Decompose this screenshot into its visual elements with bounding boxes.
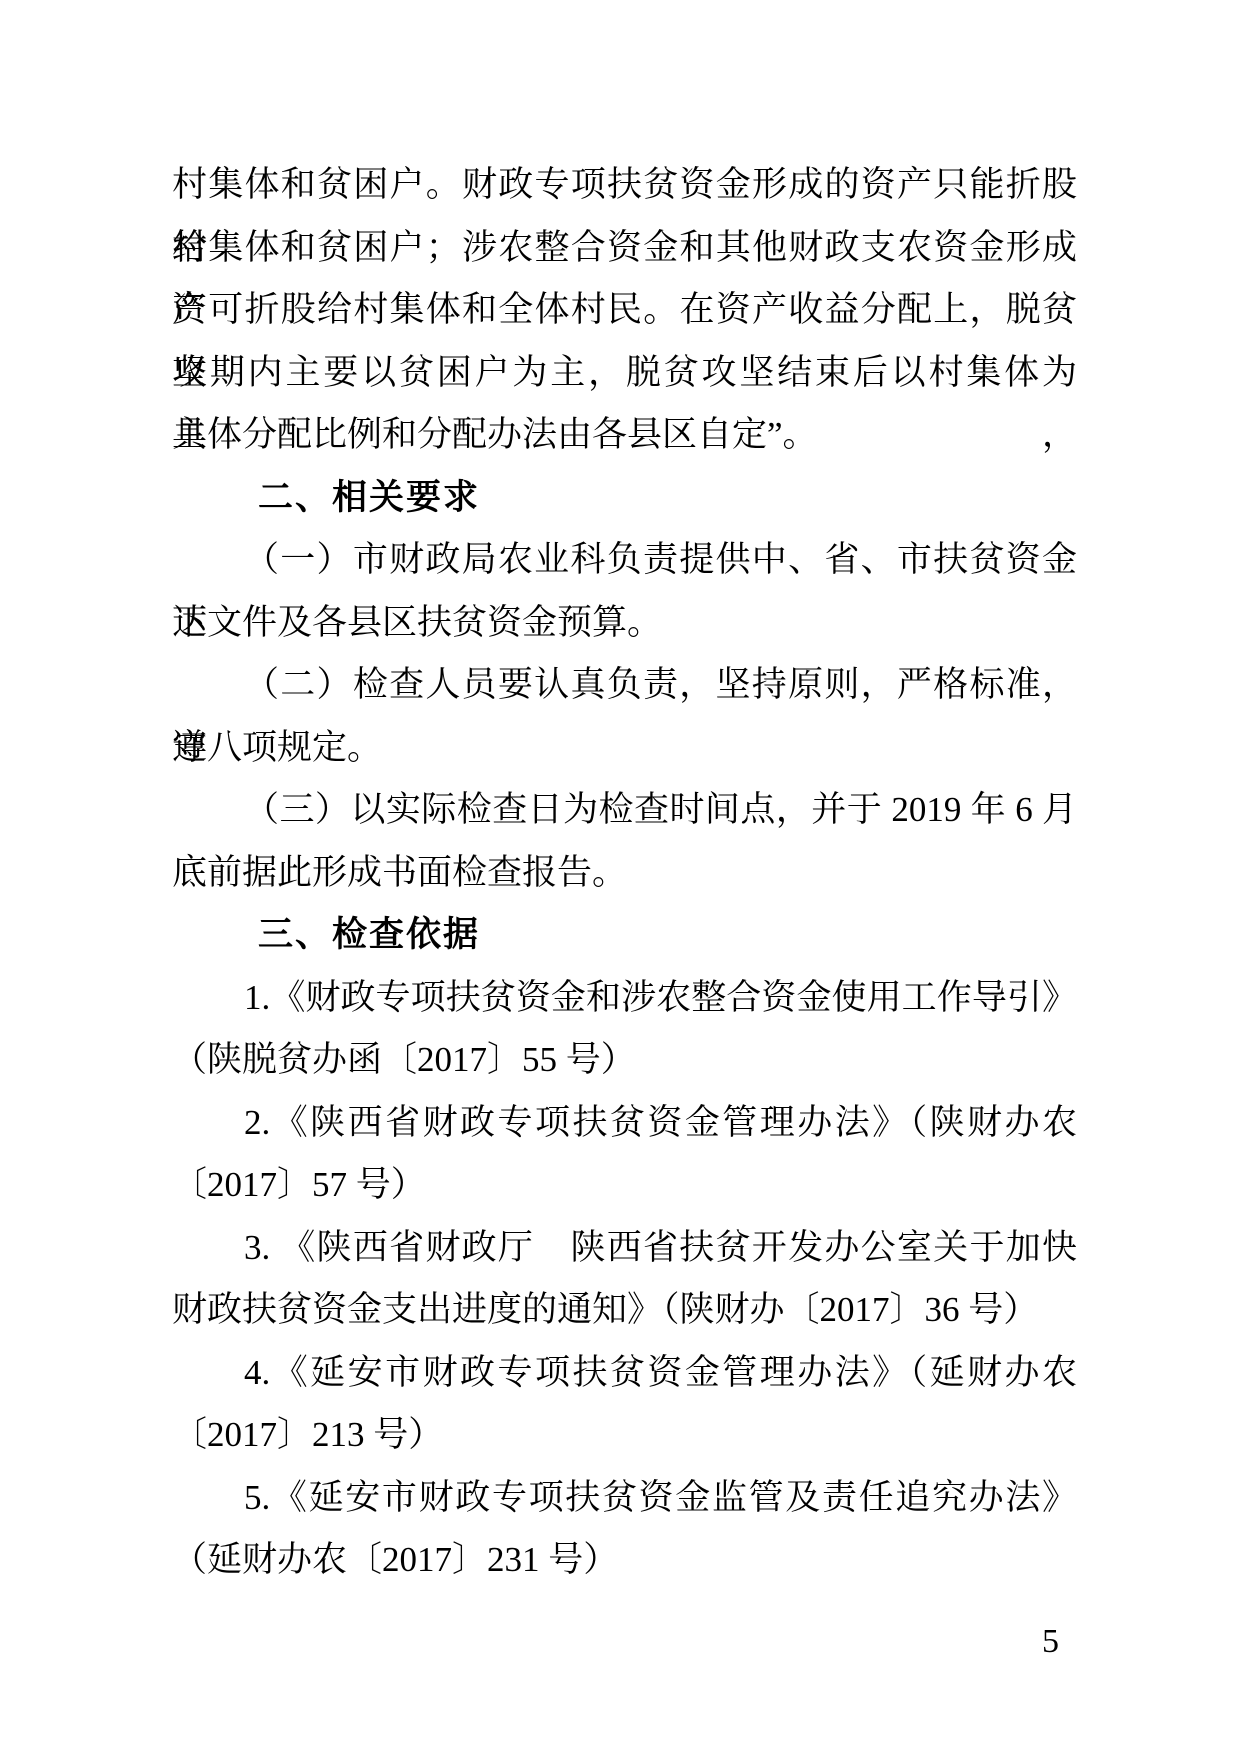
text-line: （三）以实际检查日为检查时间点，并于 2019 年 6 月 xyxy=(172,779,1077,842)
text-line: 1.《财政专项扶贫资金和涉农整合资金使用工作导引》 xyxy=(172,967,1077,1030)
text-line: 〔2017〕213 号） xyxy=(172,1404,1077,1467)
text-line: （延财办农〔2017〕231 号） xyxy=(172,1529,1077,1592)
text-line: 财政扶贫资金支出进度的通知》（陕财办〔2017〕36 号） xyxy=(172,1279,1077,1342)
document-page: 村集体和贫困户。财政专项扶贫资金形成的资产只能折股给村集体和贫困户；涉农整合资金… xyxy=(0,0,1241,1754)
text-line: 村集体和贫困户；涉农整合资金和其他财政支农资金形成资 xyxy=(172,217,1077,280)
text-line: 3. 《陕西省财政厅 陕西省扶贫开发办公室关于加快 xyxy=(172,1217,1077,1280)
text-line: 村集体和贫困户。财政专项扶贫资金形成的资产只能折股给 xyxy=(172,154,1077,217)
text-line: 坚期内主要以贫困户为主，脱贫攻坚结束后以村集体为主， xyxy=(172,342,1077,405)
section-heading: 三、检查依据 xyxy=(172,904,1077,967)
section-heading: 二、相关要求 xyxy=(172,467,1077,530)
text-line: 产可折股给村集体和全体村民。在资产收益分配上，脱贫攻 xyxy=(172,279,1077,342)
text-line: 守八项规定。 xyxy=(172,717,1077,780)
text-line: （一）市财政局农业科负责提供中、省、市扶贫资金下 xyxy=(172,529,1077,592)
page-number: 5 xyxy=(1042,1622,1059,1662)
text-line: 5.《延安市财政专项扶贫资金监管及责任追究办法》 xyxy=(172,1467,1077,1530)
text-line: 〔2017〕57 号） xyxy=(172,1154,1077,1217)
document-body: 村集体和贫困户。财政专项扶贫资金形成的资产只能折股给村集体和贫困户；涉农整合资金… xyxy=(172,154,1077,1592)
text-line: 2.《陕西省财政专项扶贫资金管理办法》（陕财办农 xyxy=(172,1092,1077,1155)
text-line: 4.《延安市财政专项扶贫资金管理办法》（延财办农 xyxy=(172,1342,1077,1405)
text-line: （陕脱贫办函〔2017〕55 号） xyxy=(172,1029,1077,1092)
text-line: （二）检查人员要认真负责，坚持原则，严格标准，遵 xyxy=(172,654,1077,717)
text-line: 达文件及各县区扶贫资金预算。 xyxy=(172,592,1077,655)
text-line: 底前据此形成书面检查报告。 xyxy=(172,842,1077,905)
